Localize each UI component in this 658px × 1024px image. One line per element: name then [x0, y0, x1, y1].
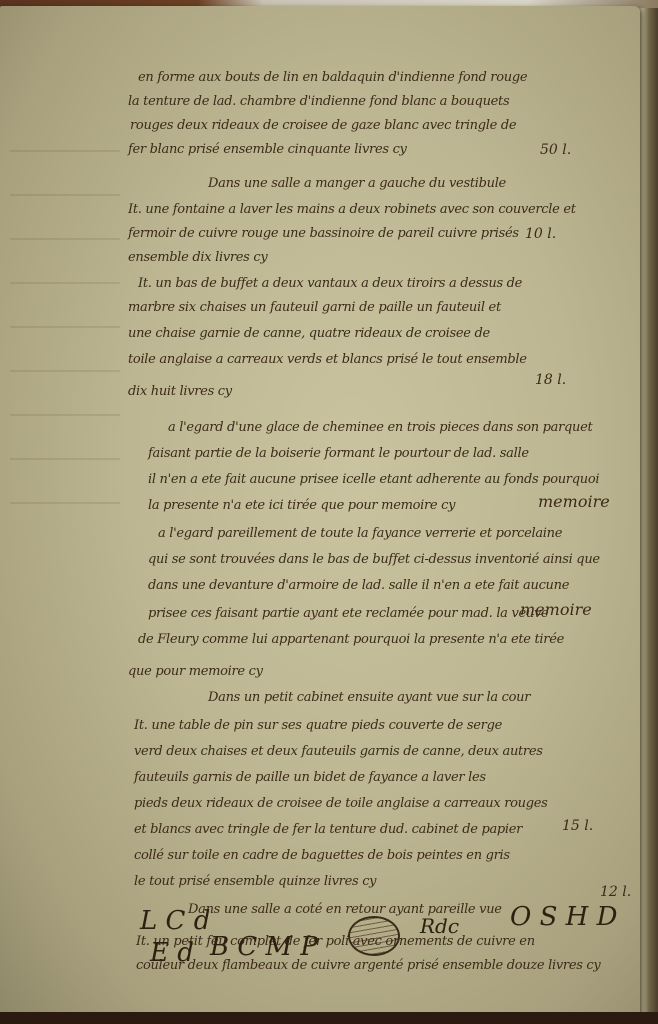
- signature: E d: [150, 938, 194, 968]
- signature: B C M P: [210, 932, 318, 962]
- manuscript-line: It. un bas de buffet a deux vantaux a de…: [138, 276, 522, 291]
- section-heading: Dans un petit cabinet ensuite ayant vue …: [208, 690, 530, 705]
- manuscript-line: marbre six chaises un fauteuil garni de …: [128, 300, 501, 315]
- amount-value: 12 l.: [600, 884, 631, 900]
- manuscript-line: verd deux chaises et deux fauteuils garn…: [134, 744, 543, 759]
- manuscript-line: fauteuils garnis de paille un bidet de f…: [134, 770, 486, 785]
- manuscript-line: a l'egard d'une glace de cheminee en tro…: [168, 420, 592, 435]
- signature: O S H D: [510, 902, 617, 932]
- manuscript-line: et blancs avec tringle de fer la tenture…: [134, 822, 522, 837]
- manuscript-line: ensemble dix livres cy: [128, 250, 267, 265]
- manuscript-line: fer blanc prisé ensemble cinquante livre…: [128, 142, 407, 157]
- memoire-annotation: memoire: [538, 492, 610, 511]
- manuscript-line: la tenture de lad. chambre d'indienne fo…: [128, 94, 509, 109]
- signature: Rdc: [420, 914, 459, 938]
- manuscript-line: collé sur toile en cadre de baguettes de…: [134, 848, 510, 863]
- manuscript-line: le tout prisé ensemble quinze livres cy: [134, 874, 376, 889]
- photo-background-bottom: [0, 1012, 658, 1024]
- manuscript-line: a l'egard pareillement de toute la fayan…: [158, 526, 562, 541]
- manuscript-line: rouges deux rideaux de croisee de gaze b…: [130, 118, 516, 133]
- signature: L C d: [140, 906, 210, 936]
- amount-value: 10 l.: [525, 226, 556, 242]
- amount-value: 15 l.: [562, 818, 593, 834]
- amount-value: 18 l.: [535, 372, 566, 388]
- section-heading: Dans une salle a manger a gauche du vest…: [208, 176, 506, 191]
- manuscript-line: pieds deux rideaux de croisee de toile a…: [134, 796, 548, 811]
- manuscript-line: prisee ces faisant partie ayant ete recl…: [148, 606, 548, 621]
- manuscript-line: en forme aux bouts de lin en baldaquin d…: [138, 70, 527, 85]
- manuscript-line: dix huit livres cy: [128, 384, 232, 399]
- manuscript-line: de Fleury comme lui appartenant pourquoi…: [138, 632, 564, 647]
- manuscript-line: il n'en a ete fait aucune prisee icelle …: [148, 472, 599, 487]
- manuscript-line: la presente n'a ete ici tirée que pour m…: [148, 498, 455, 513]
- manuscript-line: It. une fontaine a laver les mains a deu…: [128, 202, 576, 217]
- manuscript-line: qui se sont trouvées dans le bas de buff…: [148, 552, 600, 567]
- manuscript-line: It. une table de pin sur ses quatre pied…: [134, 718, 502, 733]
- manuscript-line: fermoir de cuivre rouge une bassinoire d…: [128, 226, 519, 241]
- manuscript-line: une chaise garnie de canne, quatre ridea…: [128, 326, 490, 341]
- wax-seal-flourish: [348, 916, 400, 956]
- manuscript-line: que pour memoire cy: [128, 664, 263, 679]
- signature-block: L C d E d B C M P Rdc O S H D: [130, 910, 630, 980]
- memoire-annotation: memoire: [520, 600, 592, 619]
- manuscript-line: dans une devanture d'armoire de lad. sal…: [148, 578, 569, 593]
- manuscript-line: faisant partie de la boiserie formant le…: [148, 446, 529, 461]
- manuscript-line: toile anglaise a carreaux verds et blanc…: [128, 352, 527, 367]
- bleed-through-text: [10, 126, 120, 526]
- amount-value: 50 l.: [540, 142, 571, 158]
